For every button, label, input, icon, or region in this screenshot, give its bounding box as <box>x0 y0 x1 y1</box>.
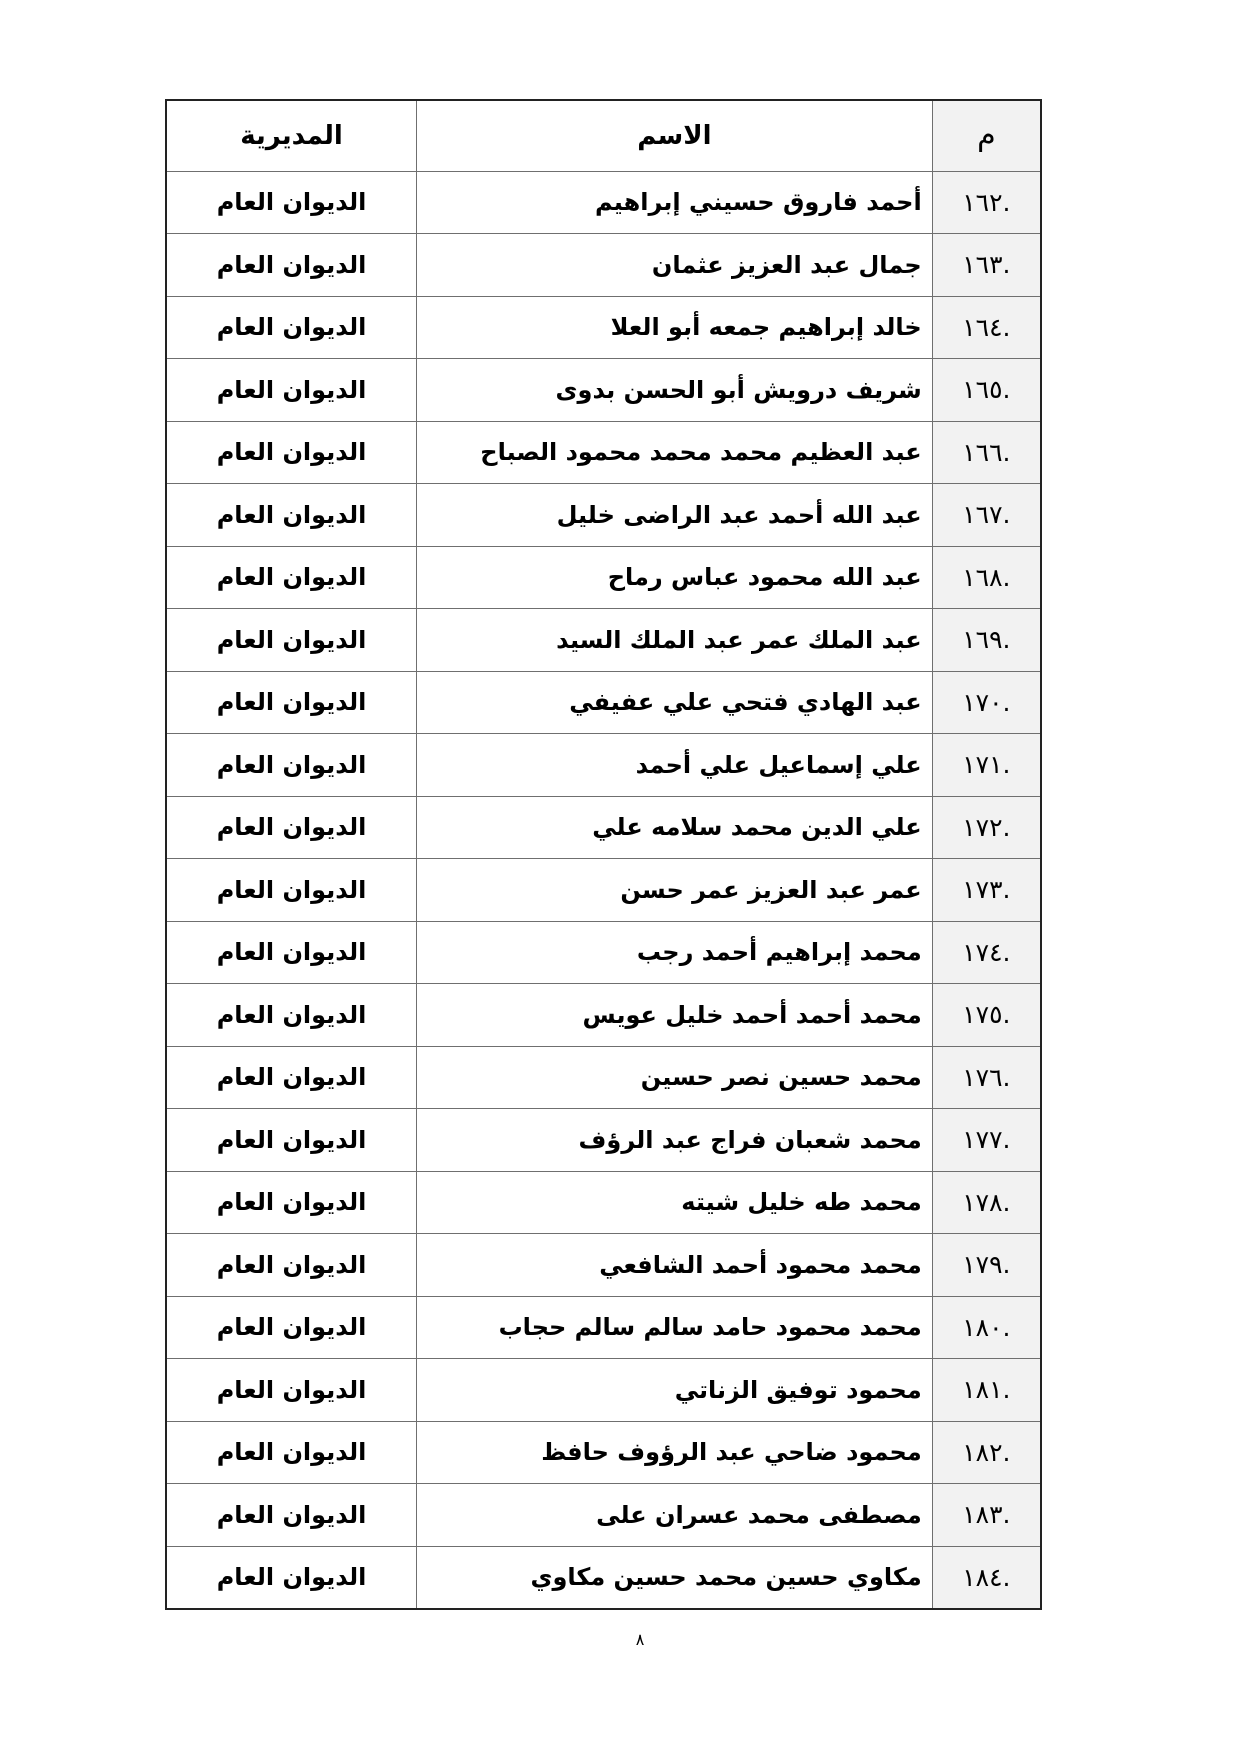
row-number-text: ١٦٣. <box>962 250 1010 279</box>
row-department: الديوان العام <box>166 921 417 984</box>
row-department: الديوان العام <box>166 1171 417 1234</box>
row-number-text: ١٧٤. <box>962 938 1010 967</box>
header-number: م <box>932 100 1041 171</box>
table-row: ١٧٦.محمد حسين نصر حسينالديوان العام <box>166 1046 1041 1109</box>
row-number-text: ١٧٩. <box>962 1250 1010 1279</box>
row-name: محمد إبراهيم أحمد رجب <box>417 921 933 984</box>
row-department: الديوان العام <box>166 359 417 422</box>
table-row: ١٦٨.عبد الله محمود عباس رماحالديوان العا… <box>166 546 1041 609</box>
row-number: ١٨٠. <box>932 1296 1041 1359</box>
row-number: ١٦٤. <box>932 296 1041 359</box>
row-number-text: ١٧٥. <box>962 1000 1010 1029</box>
table-row: ١٧٠.عبد الهادي فتحي علي عفيفيالديوان الع… <box>166 671 1041 734</box>
row-name: علي الدين محمد سلامه علي <box>417 796 933 859</box>
row-name: محمد شعبان فراج عبد الرؤف <box>417 1109 933 1172</box>
row-name: جمال عبد العزيز عثمان <box>417 234 933 297</box>
row-number: ١٧٦. <box>932 1046 1041 1109</box>
names-table: م الاسم المديرية ١٦٢.أحمد فاروق حسيني إب… <box>165 99 1042 1610</box>
row-name: محمد أحمد أحمد خليل عويس <box>417 984 933 1047</box>
table-row: ١٨٢.محمود ضاحي عبد الرؤوف حافظالديوان ال… <box>166 1421 1041 1484</box>
table-row: ١٨١.محمود توفيق الزناتيالديوان العام <box>166 1359 1041 1422</box>
row-number: ١٧٧. <box>932 1109 1041 1172</box>
row-name: عبد الهادي فتحي علي عفيفي <box>417 671 933 734</box>
table-row: ١٦٢.أحمد فاروق حسيني إبراهيمالديوان العا… <box>166 171 1041 234</box>
row-department: الديوان العام <box>166 984 417 1047</box>
table-row: ١٨٤.مكاوي حسين محمد حسين مكاويالديوان ال… <box>166 1546 1041 1609</box>
table-row: ١٦٧.عبد الله أحمد عبد الراضى خليلالديوان… <box>166 484 1041 547</box>
row-number: ١٧٤. <box>932 921 1041 984</box>
table-row: ١٧٢.علي الدين محمد سلامه عليالديوان العا… <box>166 796 1041 859</box>
row-number: ١٧٩. <box>932 1234 1041 1297</box>
row-number-text: ١٧٨. <box>962 1188 1010 1217</box>
row-number-text: ١٨١. <box>962 1375 1010 1404</box>
table-row: ١٧٩.محمد محمود أحمد الشافعيالديوان العام <box>166 1234 1041 1297</box>
row-number: ١٨٢. <box>932 1421 1041 1484</box>
row-department: الديوان العام <box>166 734 417 797</box>
row-department: الديوان العام <box>166 1234 417 1297</box>
row-number: ١٦٩. <box>932 609 1041 672</box>
row-department: الديوان العام <box>166 1421 417 1484</box>
row-number-text: ١٧٠. <box>962 688 1010 717</box>
row-number-text: ١٦٩. <box>962 625 1010 654</box>
row-name: محمد محمود حامد سالم سالم حجاب <box>417 1296 933 1359</box>
row-number-text: ١٦٥. <box>962 375 1010 404</box>
row-name: محمد محمود أحمد الشافعي <box>417 1234 933 1297</box>
header-name: الاسم <box>417 100 933 171</box>
table-header-row: م الاسم المديرية <box>166 100 1041 171</box>
row-department: الديوان العام <box>166 546 417 609</box>
row-department: الديوان العام <box>166 296 417 359</box>
row-number: ١٨٤. <box>932 1546 1041 1609</box>
table-row: ١٨٣.مصطفى محمد عسران علىالديوان العام <box>166 1484 1041 1547</box>
row-department: الديوان العام <box>166 796 417 859</box>
row-number-text: ١٦٨. <box>962 563 1010 592</box>
row-name: مكاوي حسين محمد حسين مكاوي <box>417 1546 933 1609</box>
row-name: خالد إبراهيم جمعه أبو العلا <box>417 296 933 359</box>
row-name: عبد العظيم محمد محمد محمود الصباح <box>417 421 933 484</box>
row-number-text: ١٧١. <box>962 750 1010 779</box>
table-row: ١٦٥.شريف درويش أبو الحسن بدوىالديوان الع… <box>166 359 1041 422</box>
row-name: محمود ضاحي عبد الرؤوف حافظ <box>417 1421 933 1484</box>
row-number-text: ١٨٠. <box>962 1313 1010 1342</box>
row-number: ١٧٢. <box>932 796 1041 859</box>
table-body: ١٦٢.أحمد فاروق حسيني إبراهيمالديوان العا… <box>166 171 1041 1609</box>
table-row: ١٧١.علي إسماعيل علي أحمدالديوان العام <box>166 734 1041 797</box>
row-number-text: ١٨٤. <box>962 1563 1010 1592</box>
row-name: شريف درويش أبو الحسن بدوى <box>417 359 933 422</box>
row-name: عبد الله محمود عباس رماح <box>417 546 933 609</box>
row-department: الديوان العام <box>166 1296 417 1359</box>
row-department: الديوان العام <box>166 1359 417 1422</box>
row-name: علي إسماعيل علي أحمد <box>417 734 933 797</box>
row-department: الديوان العام <box>166 484 417 547</box>
header-department: المديرية <box>166 100 417 171</box>
page-number: ٨ <box>620 1630 660 1649</box>
row-number: ١٦٣. <box>932 234 1041 297</box>
row-department: الديوان العام <box>166 421 417 484</box>
row-department: الديوان العام <box>166 1046 417 1109</box>
row-number: ١٦٧. <box>932 484 1041 547</box>
row-number: ١٧٨. <box>932 1171 1041 1234</box>
table-row: ١٧٧.محمد شعبان فراج عبد الرؤفالديوان الع… <box>166 1109 1041 1172</box>
row-department: الديوان العام <box>166 1109 417 1172</box>
row-number-text: ١٧٢. <box>962 813 1010 842</box>
row-name: مصطفى محمد عسران على <box>417 1484 933 1547</box>
table-row: ١٧٨.محمد طه خليل شيتهالديوان العام <box>166 1171 1041 1234</box>
row-department: الديوان العام <box>166 1546 417 1609</box>
row-name: محمد حسين نصر حسين <box>417 1046 933 1109</box>
row-name: محمد طه خليل شيته <box>417 1171 933 1234</box>
row-number: ١٦٦. <box>932 421 1041 484</box>
row-name: محمود توفيق الزناتي <box>417 1359 933 1422</box>
table-row: ١٧٥.محمد أحمد أحمد خليل عويسالديوان العا… <box>166 984 1041 1047</box>
row-number-text: ١٦٦. <box>962 438 1010 467</box>
table-row: ١٦٤.خالد إبراهيم جمعه أبو العلاالديوان ا… <box>166 296 1041 359</box>
row-number-text: ١٨٣. <box>962 1500 1010 1529</box>
row-name: عبد الله أحمد عبد الراضى خليل <box>417 484 933 547</box>
row-number: ١٦٢. <box>932 171 1041 234</box>
row-number-text: ١٦٧. <box>962 500 1010 529</box>
row-name: عمر عبد العزيز عمر حسن <box>417 859 933 922</box>
row-department: الديوان العام <box>166 1484 417 1547</box>
row-department: الديوان العام <box>166 609 417 672</box>
row-number-text: ١٦٤. <box>962 313 1010 342</box>
table-row: ١٦٩.عبد الملك عمر عبد الملك السيدالديوان… <box>166 609 1041 672</box>
row-number: ١٧٣. <box>932 859 1041 922</box>
row-department: الديوان العام <box>166 171 417 234</box>
row-number: ١٦٥. <box>932 359 1041 422</box>
row-number: ١٧٥. <box>932 984 1041 1047</box>
table-row: ١٨٠.محمد محمود حامد سالم سالم حجابالديوا… <box>166 1296 1041 1359</box>
table-row: ١٧٣.عمر عبد العزيز عمر حسنالديوان العام <box>166 859 1041 922</box>
row-number-text: ١٧٧. <box>962 1125 1010 1154</box>
row-name: أحمد فاروق حسيني إبراهيم <box>417 171 933 234</box>
row-number: ١٧١. <box>932 734 1041 797</box>
row-number-text: ١٧٦. <box>962 1063 1010 1092</box>
table-row: ١٧٤.محمد إبراهيم أحمد رجبالديوان العام <box>166 921 1041 984</box>
row-number-text: ١٧٣. <box>962 875 1010 904</box>
row-department: الديوان العام <box>166 859 417 922</box>
table-row: ١٦٣.جمال عبد العزيز عثمانالديوان العام <box>166 234 1041 297</box>
row-department: الديوان العام <box>166 234 417 297</box>
row-name: عبد الملك عمر عبد الملك السيد <box>417 609 933 672</box>
row-number: ١٨٣. <box>932 1484 1041 1547</box>
row-department: الديوان العام <box>166 671 417 734</box>
row-number-text: ١٨٢. <box>962 1438 1010 1467</box>
row-number: ١٨١. <box>932 1359 1041 1422</box>
row-number-text: ١٦٢. <box>962 188 1010 217</box>
table-row: ١٦٦.عبد العظيم محمد محمد محمود الصباحالد… <box>166 421 1041 484</box>
row-number: ١٧٠. <box>932 671 1041 734</box>
row-number: ١٦٨. <box>932 546 1041 609</box>
